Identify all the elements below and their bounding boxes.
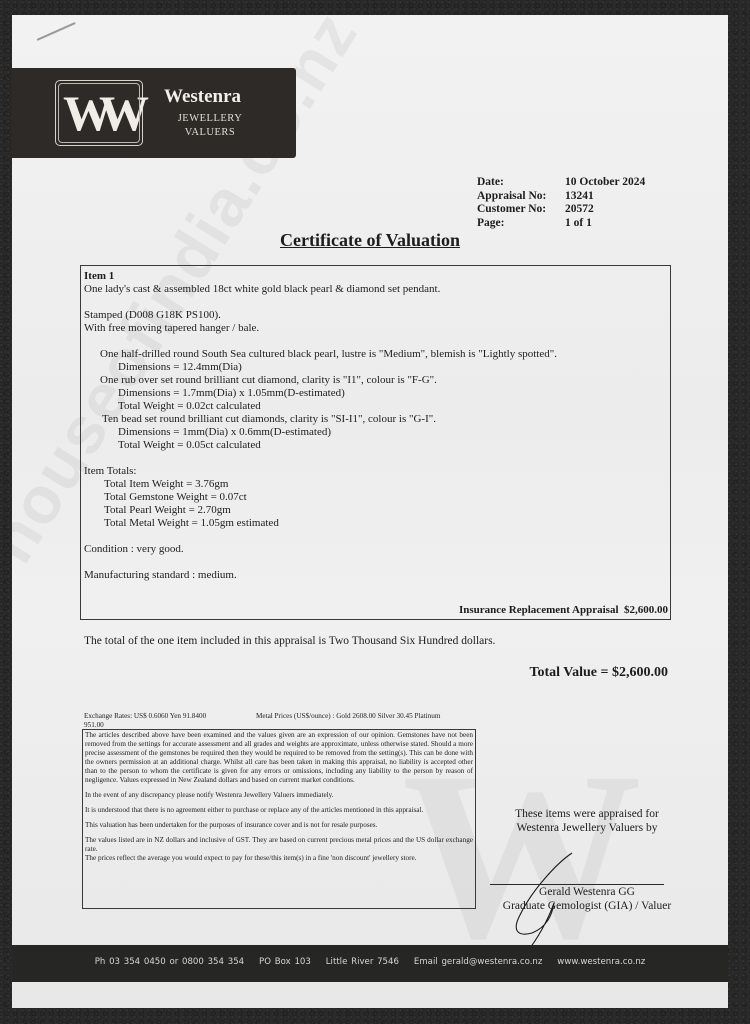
total-in-words: The total of the one item included in th… — [84, 635, 495, 647]
meta-row-date: Date:10 October 2024 — [477, 176, 645, 190]
disclaimer-paragraph: In the event of any discrepancy please n… — [85, 791, 473, 800]
disclaimer-paragraph: It is understood that there is no agreem… — [85, 806, 473, 815]
item-condition: Condition : very good. — [84, 543, 557, 556]
total-pearl-weight: Total Pearl Weight = 2.70gm — [84, 504, 557, 517]
pearl-description: One half-drilled round South Sea culture… — [84, 348, 557, 361]
footer-banner: Ph 03 354 0450 or 0800 354 354 PO Box 10… — [12, 945, 728, 982]
total-item-weight: Total Item Weight = 3.76gm — [84, 478, 557, 491]
disclaimer-paragraph: The values listed are in NZ dollars and … — [85, 836, 473, 854]
diamond2-dimensions: Dimensions = 1mm(Dia) x 0.6mm(D-estimate… — [84, 426, 557, 439]
diamond1-dimensions: Dimensions = 1.7mm(Dia) x 1.05mm(D-estim… — [84, 387, 557, 400]
meta-label: Customer No: — [477, 203, 565, 217]
meta-row-page: Page:1 of 1 — [477, 217, 645, 231]
item-hanger: With free moving tapered hanger / bale. — [84, 322, 557, 335]
total-value: Total Value = $2,600.00 — [529, 665, 668, 681]
diamond1-weight: Total Weight = 0.02ct calculated — [84, 400, 557, 413]
meta-row-customer-no: Customer No:20572 — [477, 203, 645, 217]
insurance-value: $2,600.00 — [624, 604, 668, 616]
disclaimer-paragraph: The articles described above have been e… — [85, 731, 473, 785]
page-title: Certificate of Valuation — [12, 230, 728, 251]
signatory: Gerald Westenra GG Graduate Gemologist (… — [482, 885, 692, 913]
meta-value: 20572 — [565, 203, 594, 217]
meta-label: Date: — [477, 176, 565, 190]
signatory-name: Gerald Westenra GG — [482, 885, 692, 899]
meta-label: Appraisal No: — [477, 190, 565, 204]
item-manufacturing: Manufacturing standard : medium. — [84, 569, 557, 582]
logo-monogram: WW — [56, 85, 142, 141]
rates-line: Exchange Rates: US$ 0.6060 Yen 91.8400 M… — [84, 712, 489, 730]
diamond2-weight: Total Weight = 0.05ct calculated — [84, 439, 557, 452]
exchange-rates: Exchange Rates: US$ 0.6060 Yen 91.8400 — [84, 712, 206, 720]
brand-name: Westenra — [164, 86, 241, 108]
total-metal-weight: Total Metal Weight = 1.05gm estimated — [84, 517, 557, 530]
footer-contact: Ph 03 354 0450 or 0800 354 354 PO Box 10… — [12, 957, 728, 967]
signature-intro-line1: These items were appraised for — [482, 808, 692, 822]
metal-prices: Metal Prices (US$/ounce) : Gold 2608.00 … — [256, 712, 440, 721]
staple-mark — [37, 22, 76, 41]
item-stamped: Stamped (D008 G18K PS100). — [84, 309, 557, 322]
item-heading: Item 1 — [84, 270, 557, 283]
insurance-label: Insurance Replacement Appraisal — [459, 604, 619, 616]
signature-intro-line2: Westenra Jewellery Valuers by — [482, 822, 692, 836]
meta-row-appraisal-no: Appraisal No:13241 — [477, 190, 645, 204]
disclaimer-box: The articles described above have been e… — [82, 729, 476, 909]
disclaimer-paragraph: The prices reflect the average you would… — [85, 854, 473, 863]
signatory-role: Graduate Gemologist (GIA) / Valuer — [482, 899, 692, 913]
brand-subtitle: JEWELLERY VALUERS — [164, 112, 256, 140]
logo-icon: WW — [55, 80, 143, 146]
diamond1-description: One rub over set round brilliant cut dia… — [84, 374, 557, 387]
item-totals-heading: Item Totals: — [84, 465, 557, 478]
meta-label: Page: — [477, 217, 565, 231]
insurance-replacement-appraisal: Insurance Replacement Appraisal $2,600.0… — [459, 604, 668, 617]
signature-intro: These items were appraised for Westenra … — [482, 808, 692, 835]
item-description: One lady's cast & assembled 18ct white g… — [84, 283, 557, 296]
meta-value: 1 of 1 — [565, 217, 592, 231]
meta-value: 10 October 2024 — [565, 176, 645, 190]
diamond2-description: Ten bead set round brilliant cut diamond… — [84, 413, 557, 426]
certificate-page: houseofindia.co.nz W WW Westenra JEWELLE… — [12, 15, 728, 1008]
brand-subtitle-line2: VALUERS — [164, 126, 256, 140]
letterhead-banner: WW Westenra JEWELLERY VALUERS — [12, 68, 296, 158]
disclaimer-paragraph: This valuation has been undertaken for t… — [85, 821, 473, 830]
appraisal-meta: Date:10 October 2024 Appraisal No:13241 … — [477, 176, 645, 230]
meta-value: 13241 — [565, 190, 594, 204]
item-details-box: Item 1 One lady's cast & assembled 18ct … — [80, 265, 671, 620]
total-gemstone-weight: Total Gemstone Weight = 0.07ct — [84, 491, 557, 504]
brand-subtitle-line1: JEWELLERY — [164, 112, 256, 126]
pearl-dimensions: Dimensions = 12.4mm(Dia) — [84, 361, 557, 374]
